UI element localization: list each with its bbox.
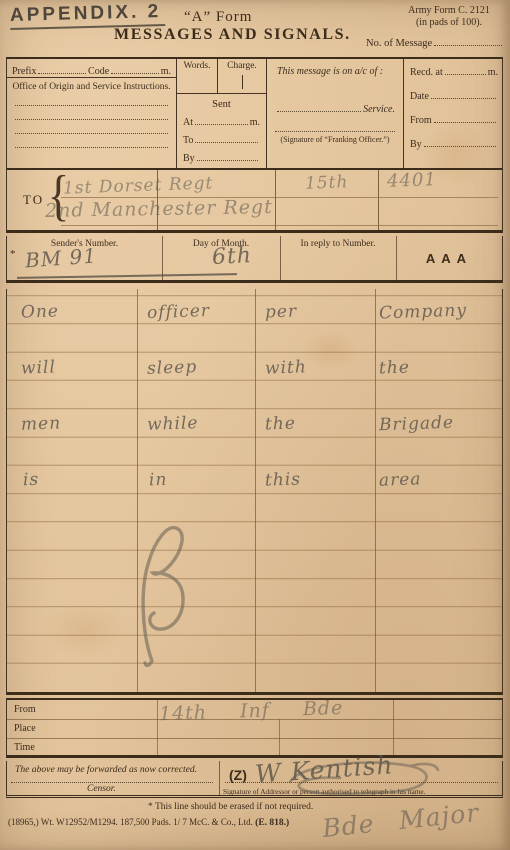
office-of-origin-header: Office of Origin and Service Instruction… <box>7 78 176 92</box>
scanned-form-page: APPENDIX. 2 “A” Form MESSAGES AND SIGNAL… <box>0 0 510 850</box>
sent-to-row: To <box>177 135 266 146</box>
prefix-code-row: Prefix Code m. <box>7 59 176 78</box>
from-label: From <box>14 704 36 715</box>
account-header: This message is on a/c of : <box>267 59 403 77</box>
origin-cell: Prefix Code m. Office of Origin and Serv… <box>7 59 177 168</box>
received-cell: Recd. atm. Date From By <box>404 59 504 168</box>
pencil-scrawl-b <box>119 519 214 669</box>
army-form-number: Army Form C. 2121 (in pads of 100). <box>393 5 505 29</box>
message-word: in <box>149 470 168 491</box>
date-row: Date <box>404 91 504 102</box>
message-word: Brigade <box>379 413 455 436</box>
time-label: Time <box>14 742 35 753</box>
pencil-flourish <box>270 752 440 812</box>
message-word: sleep <box>147 357 198 379</box>
to-section: TO { 1st Dorset Regt 15th 4401 2nd Manch… <box>6 170 503 233</box>
by-row: By <box>404 139 504 150</box>
sent-at-row: Atm. <box>177 117 266 128</box>
account-cell: This message is on a/c of : Service. (Si… <box>267 59 404 168</box>
reference-row: * Sender's Number. Day of Month. In repl… <box>6 236 503 283</box>
sent-cell: Words. Charge. Sent Atm. To By <box>177 59 267 168</box>
message-word: will <box>21 357 57 378</box>
message-word: is <box>23 470 40 491</box>
to-entry-col4: 4401 <box>387 169 438 192</box>
service-row: Service. <box>267 104 403 115</box>
recd-at-row: Recd. atm. <box>404 67 504 78</box>
to-addressee-1: 1st Dorset Regt <box>63 173 214 198</box>
message-word: officer <box>147 301 211 323</box>
forwarded-note: The above may be forwarded as now correc… <box>15 764 197 775</box>
message-word: the <box>265 413 297 434</box>
header-table: Prefix Code m. Office of Origin and Serv… <box>6 57 503 170</box>
message-word: area <box>379 469 422 490</box>
charge-box: Charge. <box>218 59 266 93</box>
message-word: per <box>265 301 298 322</box>
senders-number-value: BM 91 <box>24 244 97 273</box>
message-word: while <box>147 413 199 435</box>
aaa-code: AAA <box>396 251 502 266</box>
z-code: (Z) <box>229 767 247 783</box>
from-row: From <box>404 115 504 126</box>
form-type-label: “A” Form <box>184 9 252 26</box>
no-of-message-field: No. of Message <box>366 38 504 49</box>
page-title: MESSAGES AND SIGNALS. <box>114 26 351 44</box>
to-entry-col3: 15th <box>305 172 349 194</box>
sent-header: Sent <box>177 94 266 110</box>
place-label: Place <box>14 723 36 734</box>
message-word: the <box>379 357 411 378</box>
to-addressee-2: 2nd Manchester Regt <box>45 196 273 222</box>
imprint-code: (E. 818.) <box>255 818 289 828</box>
origin-section: From Place Time 14th Inf Bde <box>6 698 503 758</box>
footnote-asterisk: * <box>10 248 16 260</box>
message-word: Company <box>379 300 468 323</box>
franking-officer-label: (Signature of “Franking Officer.”) <box>267 132 403 144</box>
to-label: TO <box>23 192 44 208</box>
message-body: One officer per Company will sleep with … <box>6 289 503 695</box>
message-word: One <box>21 301 60 322</box>
words-box: Words. <box>177 59 218 93</box>
message-word: men <box>21 413 62 434</box>
censor-label: Censor. <box>87 784 116 794</box>
message-word: this <box>265 469 302 490</box>
day-of-month-value: 6th <box>211 243 252 270</box>
sent-by-row: By <box>177 153 266 164</box>
message-word: with <box>265 357 307 378</box>
from-value: 14th Inf Bde <box>159 697 344 725</box>
pencil-underline <box>17 273 237 279</box>
in-reply-header: In reply to Number. <box>280 239 396 249</box>
printer-imprint: (18965,) Wt. W12952/M1294. 187,500 Pads.… <box>8 817 289 828</box>
